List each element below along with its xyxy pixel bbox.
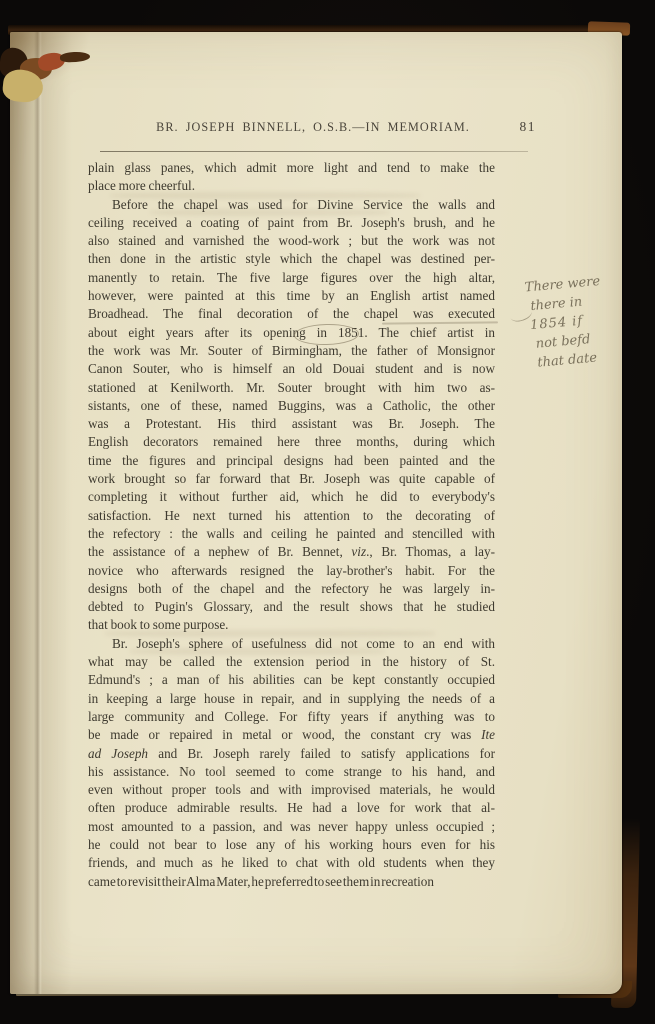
text-line: in keeping a large house in repair, and … (88, 690, 495, 708)
page-number: 81 (520, 119, 537, 135)
text-line: stationed at Kenilworth. Mr. Souter brou… (88, 379, 495, 397)
text-line: what may be called the extension period … (88, 653, 495, 671)
text-line: Before the chapel was used for Divine Se… (88, 196, 495, 214)
paragraph: Before the chapel was used for Divine Se… (88, 196, 495, 635)
running-title: BR. JOSEPH BINNELL, O.S.B.—IN MEMORIAM. (88, 120, 538, 135)
text-line: that book to some purpose. (88, 616, 495, 634)
text-line: his assistance. No tool seemed to come s… (88, 763, 495, 781)
photo-of-book-page: { "header": { "title": "BR. JOSEPH BINNE… (0, 0, 655, 1024)
text-line: about eight years after its opening in 1… (88, 324, 495, 342)
text-line: Canon Souter, who is himself an old Doua… (88, 360, 495, 378)
text-line: English decorators remained here three m… (88, 433, 495, 451)
text-line: even without proper tools and with impro… (88, 781, 495, 799)
header-rule (100, 151, 528, 152)
text-line: ceiling received a coating of paint from… (88, 214, 495, 232)
text-line: most amounted to a passion, and was neve… (88, 818, 495, 836)
text-line: Edmund's ; a man of his abilities can be… (88, 671, 495, 689)
text-line: was a Protestant. His third assistant wa… (88, 415, 495, 433)
text-line: Br. Joseph's sphere of usefulness did no… (88, 635, 495, 653)
text-line: manently to retain. The five large figur… (88, 269, 495, 287)
text-line: completing it without further aid, which… (88, 488, 495, 506)
text-line: plain glass panes, which admit more ligh… (88, 159, 495, 177)
text-line: work brought so far forward that Br. Jos… (88, 470, 495, 488)
text-line: the assistance of a nephew of Br. Bennet… (88, 543, 495, 561)
gutter-crease (34, 32, 42, 994)
text-line: place more cheerful. (88, 177, 495, 195)
text-line: then done in the artistic style which th… (88, 250, 495, 268)
text-line: often produce admirable results. He had … (88, 799, 495, 817)
paragraph: Br. Joseph's sphere of usefulness did no… (88, 635, 495, 891)
text-line: Broadhead. The final decoration of the c… (88, 305, 495, 323)
handwritten-marginalia: There werethere in1854 ifnot befdthat da… (524, 270, 632, 373)
text-line: satisfaction. He next turned his attenti… (88, 507, 495, 525)
book-page: BR. JOSEPH BINNELL, O.S.B.—IN MEMORIAM. … (10, 32, 622, 994)
text-line: designs both of the chapel and the refec… (88, 580, 495, 598)
text-line: debted to Pugin's Glossary, and the resu… (88, 598, 495, 616)
text-line: time the figures and principal designs h… (88, 452, 495, 470)
text-line: the refectory : the walls and ceiling he… (88, 525, 495, 543)
paragraph: plain glass panes, which admit more ligh… (88, 159, 495, 196)
text-line: ad Joseph and Br. Joseph rarely failed t… (88, 745, 495, 763)
page-header: BR. JOSEPH BINNELL, O.S.B.—IN MEMORIAM. … (88, 120, 538, 138)
text-line: be made or repaired in metal or wood, th… (88, 726, 495, 744)
text-line: however, were painted at this time by an… (88, 287, 495, 305)
text-body: plain glass panes, which admit more ligh… (88, 159, 495, 891)
text-line: novice who afterwards resigned the lay-b… (88, 562, 495, 580)
text-line: also stained and varnished the wood-work… (88, 232, 495, 250)
text-line: friends, and much as he liked to chat wi… (88, 854, 495, 872)
text-line: the work was Mr. Souter of Birmingham, t… (88, 342, 495, 360)
text-line: he could not bear to lose any of his wor… (88, 836, 495, 854)
text-line: sistants, one of these, named Buggins, w… (88, 397, 495, 415)
text-line: came to revisit their Alma Mater, he pre… (88, 873, 495, 891)
text-line: large community and College. For fifty y… (88, 708, 495, 726)
